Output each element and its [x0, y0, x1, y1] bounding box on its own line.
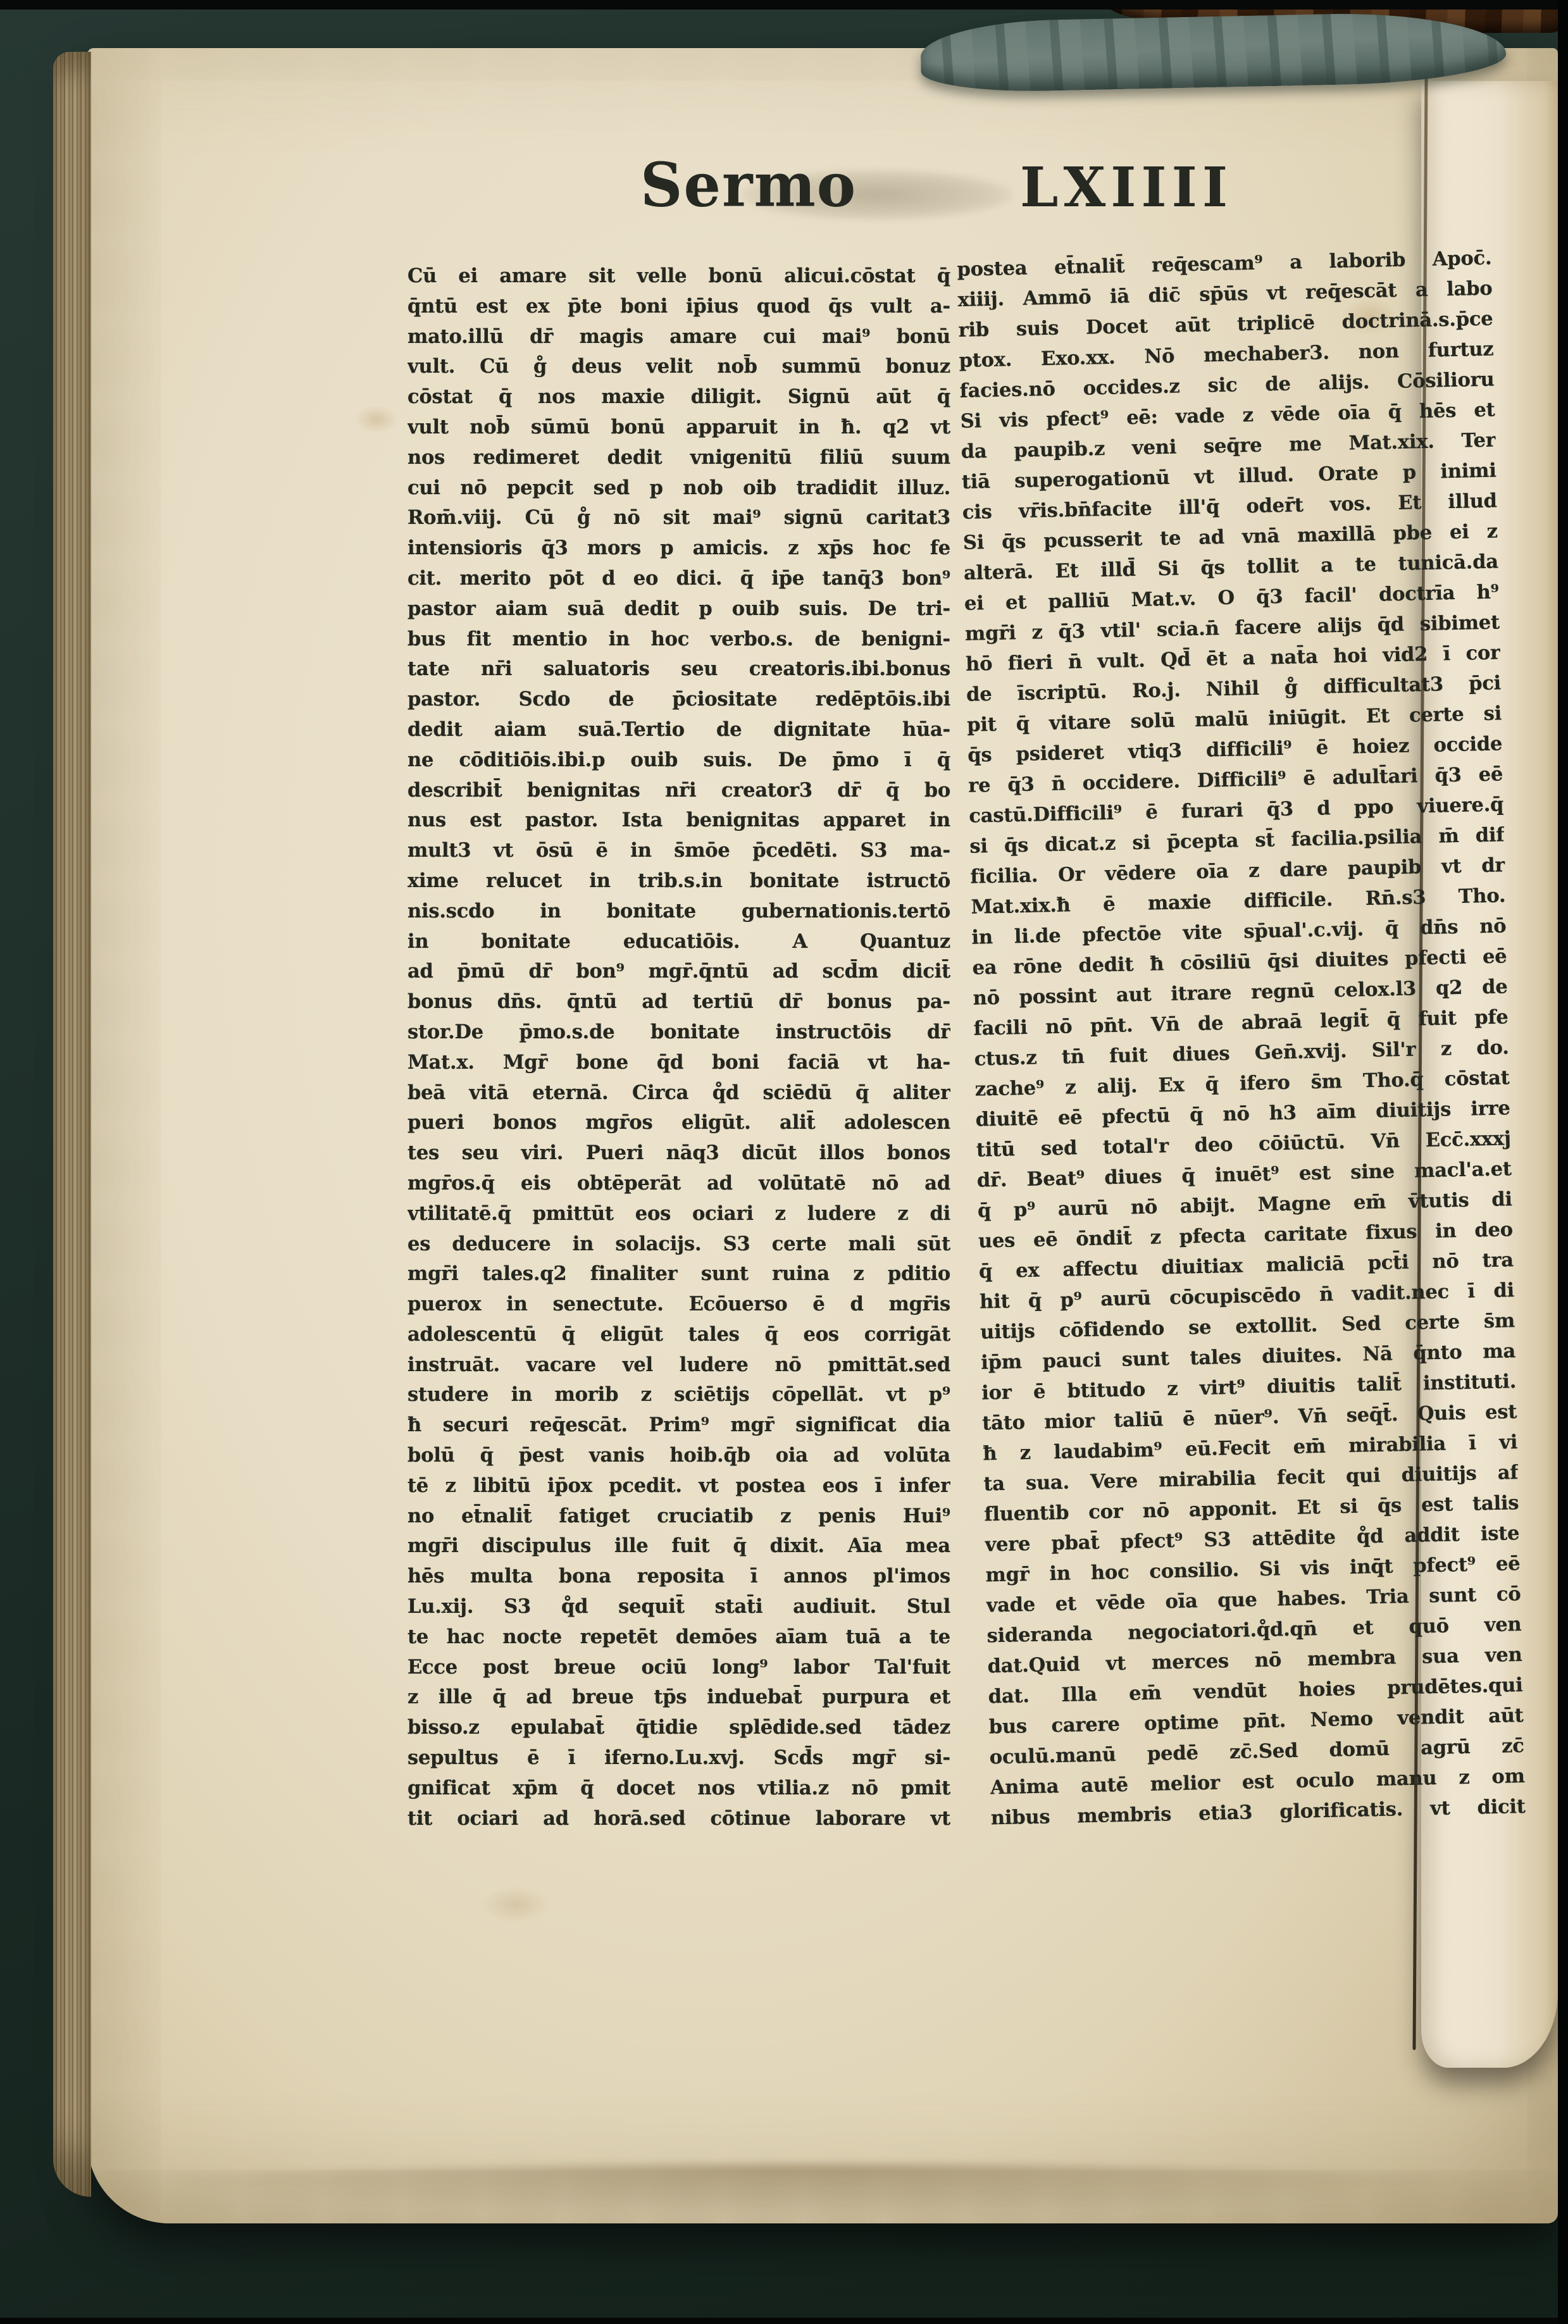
- text-column-left: Cū ei amare sit velle bonū alicui.cōstat…: [408, 261, 950, 1834]
- text-line: studere in morib z sciētijs cōpellāt. vt…: [408, 1380, 950, 1410]
- text-line: tate nr̄i saluatoris seu creatoris.ibi.b…: [408, 654, 950, 685]
- text-line: tes seu viri. Pueri nāq3 dicūt illos bon…: [408, 1138, 950, 1169]
- text-line: no et̄nalit̄ fatiget cruciatib z penis H…: [408, 1501, 950, 1532]
- scan-bottom-border: [0, 2318, 1568, 2324]
- folio-number: LXIIII: [1020, 156, 1233, 220]
- text-line: ħ securi req̄escāt. Prim⁹ mgr̄ significa…: [408, 1410, 950, 1441]
- text-line: ad p̄mū dr̄ bon⁹ mgr̄.q̄ntū ad scd̄m dic…: [408, 957, 950, 987]
- text-line: nus est pastor. Ista benignitas apparet …: [408, 805, 950, 836]
- text-line: vtilitatē.q̄ pmittūt eos ociari z ludere…: [408, 1199, 950, 1229]
- text-line: Rom̄.viij. Cū g̊ nō sit mai⁹ signū carit…: [408, 503, 950, 533]
- text-line: Cū ei amare sit velle bonū alicui.cōstat…: [408, 261, 950, 292]
- gutter-page-edges: [53, 52, 91, 2197]
- text-line: describit̄ benignitas nr̄i creator3 dr̄ …: [408, 776, 950, 806]
- text-line: hēs multa bona reposita ī annos pl'imos: [408, 1562, 950, 1592]
- text-line: sepultus ē ī iferno.Lu.xvj. Scd̄s mgr̄ s…: [408, 1743, 950, 1774]
- text-line: dedit aiam suā.Tertio de dignitate hūa-: [408, 715, 950, 745]
- page-bottom-shadow: [101, 2164, 1519, 2215]
- text-line: xime relucet in trib.s.in bonitate istru…: [408, 866, 950, 897]
- book-scan: Sermo LXIIII Cū ei amare sit velle bonū …: [0, 0, 1568, 2324]
- text-line: gnificat xp̄m q̄ docet nos vtilia.z nō p…: [408, 1774, 950, 1804]
- text-line: mgr̄os.q̄ eis obtēperāt ad volūtatē nō a…: [408, 1169, 950, 1199]
- text-line: cōstat q̄ nos maxie diligit. Signū aūt q…: [408, 382, 950, 413]
- text-line: nis.scdo in bonitate gubernationis.tertō: [408, 897, 950, 927]
- text-line: bus fit mentio in hoc verbo.s. de benign…: [408, 624, 950, 655]
- text-line: es deducere in solacijs. S3 certe mali s…: [408, 1229, 950, 1260]
- text-line: adolescentū q̄ eligūt tales q̄ eos corri…: [408, 1320, 950, 1350]
- text-line: beā vitā eternā. Circa q̊d sciēdū q̄ ali…: [408, 1078, 950, 1109]
- text-line: stor.De p̄mo.s.de bonitate instructōis d…: [408, 1017, 950, 1048]
- text-line: bolū q̄ p̄est vanis hoib.q̄b oia ad volū…: [408, 1441, 950, 1471]
- text-line: puerox in senectute. Ecōuerso ē d mgr̄is: [408, 1289, 950, 1320]
- text-line: mult3 vt ōsū ē in s̄mōe p̄cedēti. S3 ma-: [408, 836, 950, 866]
- text-column-right: postea et̄nalit̄ req̄escam⁹ a laborib Ap…: [957, 243, 1526, 1834]
- text-line: te hac nocte repetēt demōes aīam tuā a t…: [408, 1622, 950, 1653]
- text-line: q̄ntū est ex p̄te boni ip̄ius quod q̄s v…: [408, 292, 950, 322]
- text-line: z ille q̄ ad breue tp̄s induebat̄ purpur…: [408, 1682, 950, 1713]
- scan-top-border: [0, 0, 1568, 9]
- text-line: bisso.z epulabat̄ q̄tidie splēdide.sed t…: [408, 1713, 950, 1743]
- text-line: Mat.x. Mgr̄ bone q̄d boni faciā vt ha-: [408, 1048, 950, 1078]
- text-line: in bonitate educatiōis. A Quantuz: [408, 927, 950, 957]
- text-line: instruāt. vacare vel ludere nō pmittāt.s…: [408, 1350, 950, 1381]
- text-line: vult. Cū g̊ deus velit nob̄ summū bonuz: [408, 352, 950, 382]
- text-line: tit ociari ad horā.sed cōtinue laborare …: [408, 1804, 950, 1834]
- text-line: pastor. Scdo de p̄ciositate redēptōis.ib…: [408, 685, 950, 715]
- text-line: pueri bonos mgr̄os eligūt. alit̄ adolesc…: [408, 1108, 950, 1138]
- scan-right-border: [1558, 0, 1568, 2324]
- text-line: mgr̄i tales.q2 finaliter sunt ruina z pd…: [408, 1259, 950, 1289]
- text-line: mgr̄i discipulus ille fuit q̄ dixit. Aīa…: [408, 1531, 950, 1562]
- text-line: nos redimeret dedit vnigenitū filiū suum: [408, 443, 950, 473]
- text-line: bonus dn̄s. q̄ntū ad tertiū dr̄ bonus pa…: [408, 987, 950, 1017]
- text-line: Ecce post breue ociū long⁹ labor Tal'fui…: [408, 1653, 950, 1683]
- text-line: cui nō pepcit sed p nob oib tradidit ill…: [408, 473, 950, 504]
- text-line: ne cōditiōis.ibi.p ouib suis. De p̄mo ī …: [408, 745, 950, 776]
- text-line: intensioris q̄3 mors p amicis. z xp̄s ho…: [408, 533, 950, 564]
- text-line: vult nob̄ sūmū bonū apparuit in ħ. q2 vt: [408, 413, 950, 443]
- text-line: pastor aiam suā dedit p ouib suis. De tr…: [408, 594, 950, 624]
- text-line: Lu.xij. S3 q̊d sequit̄ stat̄i audiuit. S…: [408, 1592, 950, 1622]
- text-line: cit. merito pōt d eo dici. q̄ ip̄e tanq̄…: [408, 564, 950, 594]
- text-line: tē z libitū ip̄ox pcedit. vt postea eos …: [408, 1471, 950, 1501]
- running-title: Sermo: [640, 149, 857, 220]
- text-line: mato.illū dr̄ magis amare cui mai⁹ bonū: [408, 322, 950, 352]
